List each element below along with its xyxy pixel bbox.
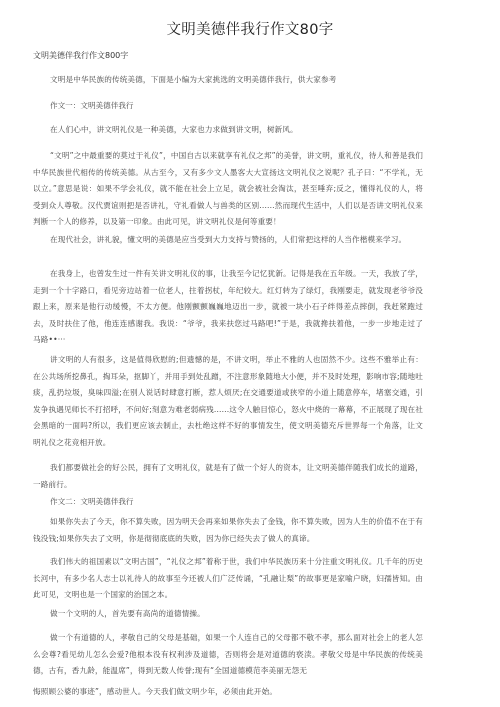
essay1-paragraph-6: 我们都要做社会的好公民，拥有了文明礼仪，就是有了做一个好人的资本，让文明美德伴随… bbox=[33, 460, 423, 493]
document-title: 文明美德伴我行作文80字 bbox=[0, 18, 500, 39]
essay1-paragraph-5: 讲文明的人有很多，这是值得欣慰的;但遗憾的是，不讲文明，举止不雅的人也固然不少。… bbox=[33, 352, 423, 451]
essay1-paragraph-2: “文明”之中最重要的莫过于礼仪”，中国自古以来就享有礼仪之邦”的美誉，讲文明，重… bbox=[33, 148, 423, 231]
essay2-paragraph-2: 我们伟大的祖国素以“文明古国”，“礼仪之邦”着称于世，我们中华民族历来十分注重文… bbox=[33, 554, 423, 604]
essay2-paragraph-5: 悔照顾公婆的事迹”，感动世人。今天我们做文明少年，必须由此开始。 bbox=[33, 684, 423, 701]
essay2-paragraph-3: 做一个文明的人，首先要有高尚的道德情操。 bbox=[33, 606, 423, 623]
essay2-paragraph-1: 如果你失去了今天，你不算失败，因为明天会再来如果你失去了金钱，你不算失败，因为人… bbox=[33, 514, 423, 547]
essay2-paragraph-4: 做一个有道德的人，孝敬自己的父母是基础，如果一个人连自己的父母都不敬不孝，那么面… bbox=[33, 630, 423, 680]
document-page: 文明美德伴我行作文80字 文明美德伴我行作文800字 文明是中华民族的传统美德，… bbox=[0, 0, 500, 707]
essay1-paragraph-4: 在我身上，也曾发生过一件有关讲文明礼仪的事，让我至今记忆犹新。记得是我在五年级。… bbox=[33, 266, 423, 349]
essay1-paragraph-3: 在现代社会，讲礼貌，懂文明的美德是应当受到大力支持与赞扬的，人们常把这样的人当作… bbox=[33, 232, 423, 249]
essay1-heading: 作文一：文明美德伴我行 bbox=[50, 100, 134, 111]
intro-paragraph: 文明是中华民族的传统美德，下面是小编为大家挑选的文明美德伴我行，供大家参考 bbox=[33, 72, 423, 89]
document-subtitle: 文明美德伴我行作文800字 bbox=[33, 50, 128, 61]
essay2-heading: 作文二：文明美德伴我行 bbox=[50, 496, 134, 507]
essay1-paragraph-1: 在人们心中，讲文明礼仪是一种美德，大家也力求做到讲文明，树新风。 bbox=[33, 122, 423, 139]
